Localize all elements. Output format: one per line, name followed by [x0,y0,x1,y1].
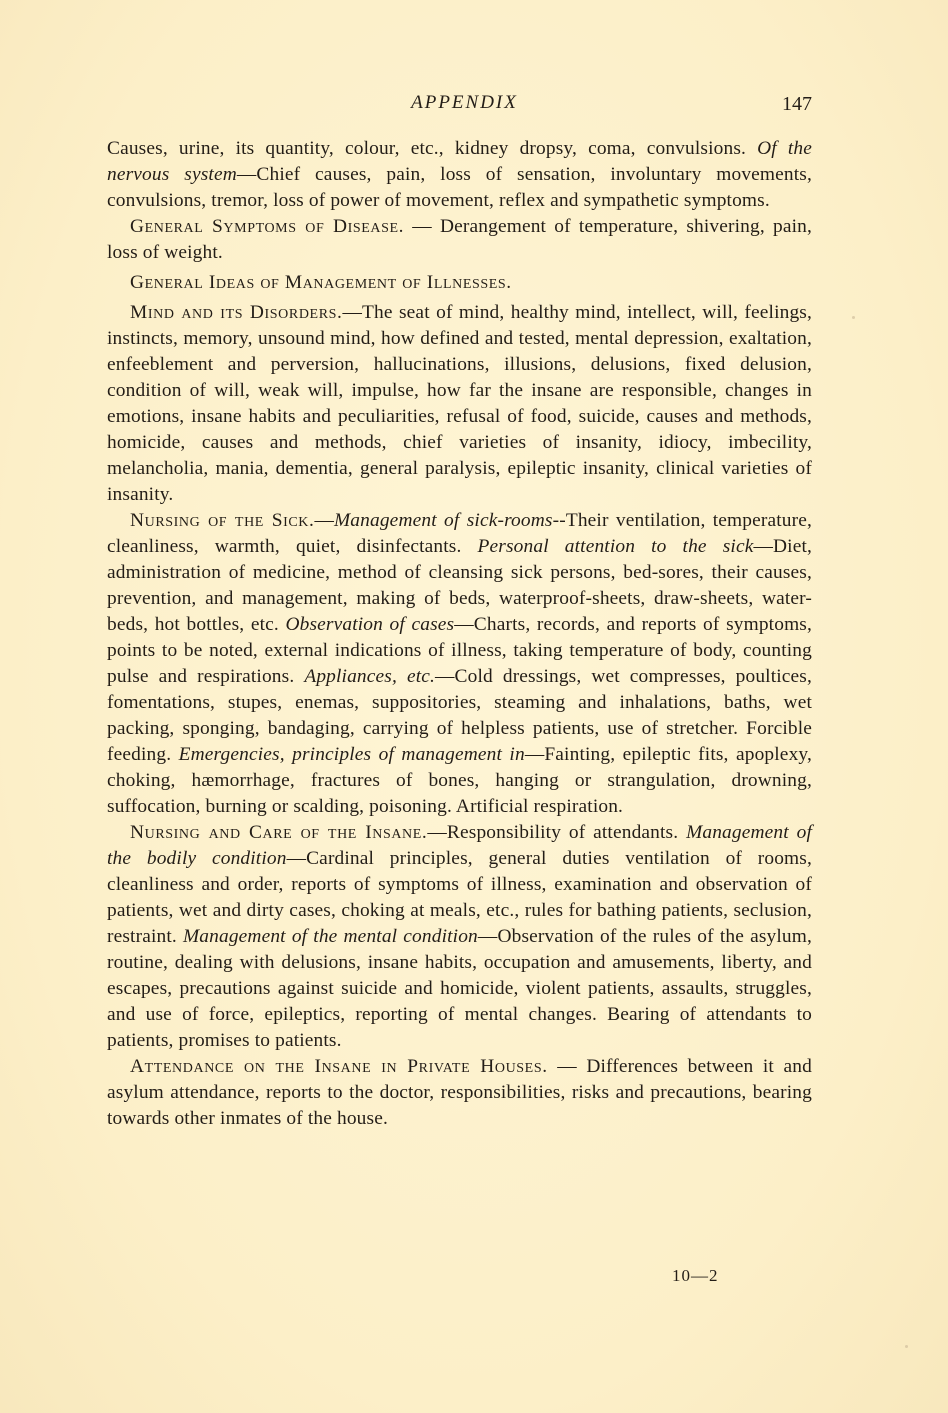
section-heading: Mind and its Disorders. [130,302,342,323]
page-body: Causes, urine, its quantity, colour, etc… [107,136,812,1132]
italic-subheading: Emergencies, principles of management in [179,744,525,765]
section-heading: General Symptoms of Disease. [130,216,404,237]
running-head-title: APPENDIX [107,92,812,114]
section-heading: General Ideas of Management of Illnesses… [130,272,512,293]
paragraph-nervous-system: Causes, urine, its quantity, colour, etc… [107,136,812,214]
paragraph-care-insane: Nursing and Care of the Insane.—Responsi… [107,820,812,1054]
paragraph-private-houses: Attendance on the Insane in Private Hous… [107,1054,812,1132]
section-heading: Nursing and Care of the Insane. [130,822,427,843]
italic-subheading: Observation of cases [285,614,454,635]
italic-subheading: Appliances, etc. [304,666,435,687]
paper-speck [905,1345,908,1348]
running-head: APPENDIX 147 [107,88,812,122]
paragraph-general-ideas: General Ideas of Management of Illnesses… [107,270,812,296]
page-number: 147 [782,93,812,116]
italic-subheading: Management of the mental condition [183,926,478,947]
paragraph-nursing-sick: Nursing of the Sick.—Management of sick-… [107,508,812,820]
paragraph-general-symptoms: General Symptoms of Disease. — Derangeme… [107,214,812,266]
book-page: APPENDIX 147 Causes, urine, its quantity… [107,88,812,1132]
printer-signature-mark: 10—2 [672,1266,719,1286]
paragraph-mind-disorders: Mind and its Disorders.—The seat of mind… [107,300,812,508]
section-heading: Attendance on the Insane in Private Hous… [130,1056,548,1077]
paper-speck [852,316,855,319]
italic-subheading: Management of sick-rooms [334,510,553,531]
section-heading: Nursing of the Sick. [130,510,314,531]
italic-subheading: Personal attention to the sick [478,536,754,557]
